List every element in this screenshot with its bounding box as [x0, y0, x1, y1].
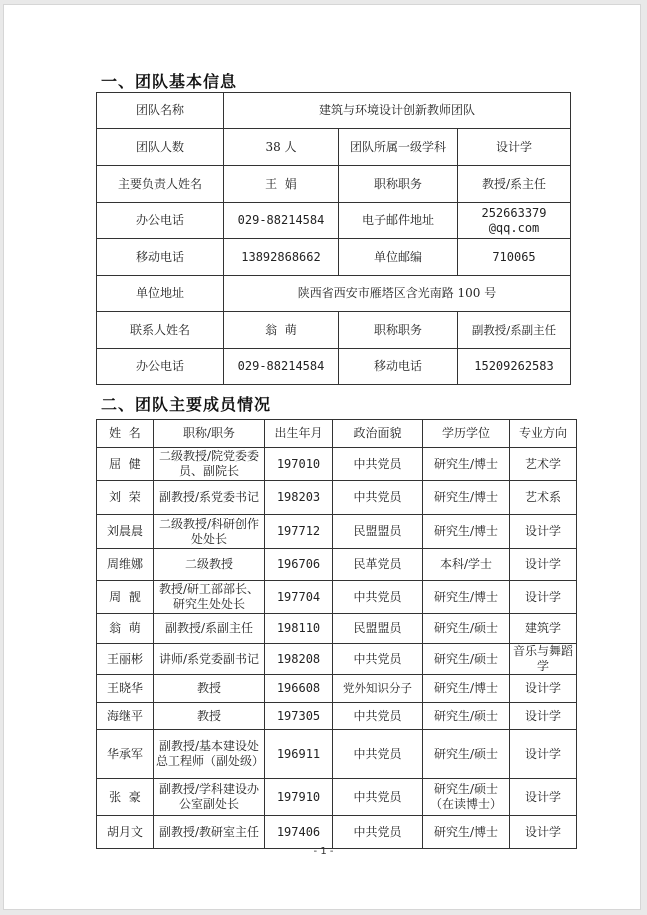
header-title: 职称/职务	[154, 420, 265, 448]
member-political: 中共党员	[333, 448, 423, 481]
contact-label: 联系人姓名	[97, 312, 224, 349]
team-members-table: 姓 名 职称/职务 出生年月 政治面貌 学历学位 专业方向 屈 健 二级教授/院…	[96, 419, 577, 849]
member-political: 民盟盟员	[333, 614, 423, 644]
member-major: 音乐与舞蹈学	[510, 644, 577, 675]
table-row: 周 靓 教授/研工部部长、研究生处处长 197704 中共党员 研究生/博士 设…	[97, 581, 577, 614]
member-name: 张 豪	[97, 779, 154, 816]
email-label: 电子邮件地址	[339, 203, 458, 239]
team-size-label: 团队人数	[97, 129, 224, 166]
member-birth: 197704	[265, 581, 333, 614]
header-name: 姓 名	[97, 420, 154, 448]
team-basic-info-table: 团队名称 建筑与环境设计创新教师团队 团队人数 38 人 团队所属一级学科 设计…	[96, 92, 571, 385]
member-degree: 研究生/博士	[423, 675, 510, 703]
member-birth: 196706	[265, 549, 333, 581]
contact-mobile-label: 移动电话	[339, 349, 458, 385]
member-title: 讲师/系党委副书记	[154, 644, 265, 675]
member-title: 副教授/教研室主任	[154, 816, 265, 849]
member-degree: 研究生/硕士	[423, 644, 510, 675]
table-row: 王晓华 教授 196608 党外知识分子 研究生/博士 设计学	[97, 675, 577, 703]
member-birth: 197712	[265, 515, 333, 549]
member-political: 中共党员	[333, 481, 423, 515]
address-value: 陕西省西安市雁塔区含光南路 100 号	[224, 276, 571, 312]
table-row: 胡月文 副教授/教研室主任 197406 中共党员 研究生/博士 设计学	[97, 816, 577, 849]
team-name-label: 团队名称	[97, 93, 224, 129]
member-major: 设计学	[510, 675, 577, 703]
member-title: 教授	[154, 675, 265, 703]
contact-office-phone-label: 办公电话	[97, 349, 224, 385]
member-name: 王丽彬	[97, 644, 154, 675]
table-row: 周维娜 二级教授 196706 民革党员 本科/学士 设计学	[97, 549, 577, 581]
member-title: 副教授/系党委书记	[154, 481, 265, 515]
mobile-value: 13892868662	[224, 239, 339, 276]
member-name: 刘晨晨	[97, 515, 154, 549]
member-political: 中共党员	[333, 816, 423, 849]
member-birth: 197010	[265, 448, 333, 481]
member-political: 中共党员	[333, 730, 423, 779]
member-name: 屈 健	[97, 448, 154, 481]
member-birth: 196608	[265, 675, 333, 703]
member-major: 设计学	[510, 549, 577, 581]
member-title: 二级教授/院党委委员、副院长	[154, 448, 265, 481]
member-political: 中共党员	[333, 581, 423, 614]
member-name: 刘 荣	[97, 481, 154, 515]
member-degree: 研究生/博士	[423, 581, 510, 614]
member-title: 副教授/系副主任	[154, 614, 265, 644]
member-degree: 研究生/博士	[423, 448, 510, 481]
section-1-heading: 一、团队基本信息	[101, 69, 237, 92]
table-row: 海继平 教授 197305 中共党员 研究生/硕士 设计学	[97, 703, 577, 730]
header-degree: 学历学位	[423, 420, 510, 448]
member-birth: 198208	[265, 644, 333, 675]
header-birth: 出生年月	[265, 420, 333, 448]
member-degree: 研究生/硕士	[423, 614, 510, 644]
leader-title-label: 职称职务	[339, 166, 458, 203]
member-degree: 研究生/硕士	[423, 703, 510, 730]
discipline-value: 设计学	[458, 129, 571, 166]
member-title: 教授	[154, 703, 265, 730]
header-political: 政治面貌	[333, 420, 423, 448]
member-major: 建筑学	[510, 614, 577, 644]
email-value-line2: @qq.com	[460, 221, 568, 236]
postcode-label: 单位邮编	[339, 239, 458, 276]
member-degree: 研究生/硕士（在读博士）	[423, 779, 510, 816]
member-name: 华承军	[97, 730, 154, 779]
member-major: 设计学	[510, 779, 577, 816]
member-political: 民革党员	[333, 549, 423, 581]
member-name: 周 靓	[97, 581, 154, 614]
leader-label: 主要负责人姓名	[97, 166, 224, 203]
member-major: 艺术系	[510, 481, 577, 515]
member-birth: 198110	[265, 614, 333, 644]
contact-mobile-value: 15209262583	[458, 349, 571, 385]
member-title: 副教授/学科建设办公室副处长	[154, 779, 265, 816]
member-degree: 研究生/博士	[423, 515, 510, 549]
member-name: 周维娜	[97, 549, 154, 581]
address-label: 单位地址	[97, 276, 224, 312]
contact-title-label: 职称职务	[339, 312, 458, 349]
table-row: 华承军 副教授/基本建设处总工程师（副处级） 196911 中共党员 研究生/硕…	[97, 730, 577, 779]
table-row: 王丽彬 讲师/系党委副书记 198208 中共党员 研究生/硕士 音乐与舞蹈学	[97, 644, 577, 675]
member-major: 设计学	[510, 816, 577, 849]
postcode-value: 710065	[458, 239, 571, 276]
page-number: - 1 -	[0, 846, 647, 857]
leader-value: 王 娟	[224, 166, 339, 203]
member-birth: 198203	[265, 481, 333, 515]
email-value: 252663379 @qq.com	[458, 203, 571, 239]
member-name: 海继平	[97, 703, 154, 730]
table-row: 张 豪 副教授/学科建设办公室副处长 197910 中共党员 研究生/硕士（在读…	[97, 779, 577, 816]
discipline-label: 团队所属一级学科	[339, 129, 458, 166]
section-2-heading: 二、团队主要成员情况	[101, 392, 271, 415]
contact-title-value: 副教授/系副主任	[458, 312, 571, 349]
member-name: 王晓华	[97, 675, 154, 703]
team-size-value: 38 人	[224, 129, 339, 166]
member-degree: 研究生/博士	[423, 481, 510, 515]
member-name: 翁 萌	[97, 614, 154, 644]
member-political: 中共党员	[333, 779, 423, 816]
member-birth: 197305	[265, 703, 333, 730]
mobile-label: 移动电话	[97, 239, 224, 276]
member-birth: 196911	[265, 730, 333, 779]
member-degree: 研究生/博士	[423, 816, 510, 849]
team-name-value: 建筑与环境设计创新教师团队	[224, 93, 571, 129]
table-row: 屈 健 二级教授/院党委委员、副院长 197010 中共党员 研究生/博士 艺术…	[97, 448, 577, 481]
member-title: 副教授/基本建设处总工程师（副处级）	[154, 730, 265, 779]
table-row: 刘 荣 副教授/系党委书记 198203 中共党员 研究生/博士 艺术系	[97, 481, 577, 515]
member-birth: 197910	[265, 779, 333, 816]
table-row: 翁 萌 副教授/系副主任 198110 民盟盟员 研究生/硕士 建筑学	[97, 614, 577, 644]
member-major: 设计学	[510, 581, 577, 614]
member-title: 二级教授/科研创作处处长	[154, 515, 265, 549]
member-major: 设计学	[510, 515, 577, 549]
leader-title-value: 教授/系主任	[458, 166, 571, 203]
member-title: 教授/研工部部长、研究生处处长	[154, 581, 265, 614]
member-political: 中共党员	[333, 703, 423, 730]
contact-office-phone-value: 029-88214584	[224, 349, 339, 385]
member-major: 设计学	[510, 703, 577, 730]
member-major: 设计学	[510, 730, 577, 779]
office-phone-label: 办公电话	[97, 203, 224, 239]
member-title: 二级教授	[154, 549, 265, 581]
member-degree: 研究生/硕士	[423, 730, 510, 779]
table-header-row: 姓 名 职称/职务 出生年月 政治面貌 学历学位 专业方向	[97, 420, 577, 448]
table-row: 刘晨晨 二级教授/科研创作处处长 197712 民盟盟员 研究生/博士 设计学	[97, 515, 577, 549]
office-phone-value: 029-88214584	[224, 203, 339, 239]
member-major: 艺术学	[510, 448, 577, 481]
member-political: 党外知识分子	[333, 675, 423, 703]
member-name: 胡月文	[97, 816, 154, 849]
member-political: 中共党员	[333, 644, 423, 675]
email-value-line1: 252663379	[460, 206, 568, 221]
member-degree: 本科/学士	[423, 549, 510, 581]
member-birth: 197406	[265, 816, 333, 849]
member-political: 民盟盟员	[333, 515, 423, 549]
header-major: 专业方向	[510, 420, 577, 448]
contact-value: 翁 萌	[224, 312, 339, 349]
